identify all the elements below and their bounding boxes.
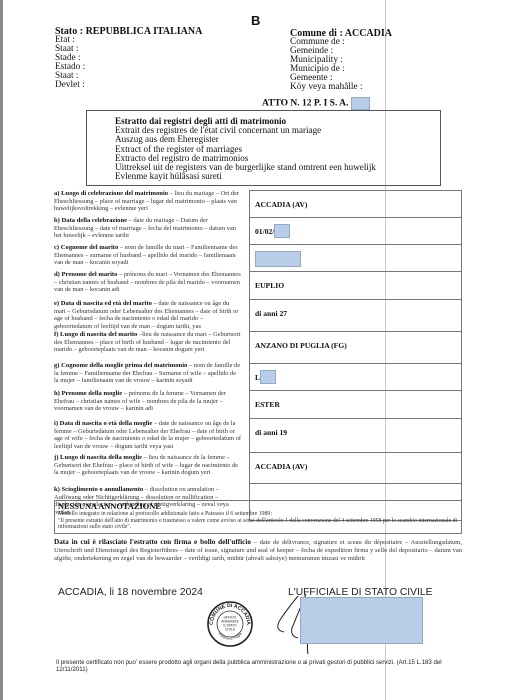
field-label: c) Cognome del marito – nom de famille d… [54,244,242,267]
annotation-title: NESSUNA ANNOTAZIONE [58,502,458,511]
form-letter: B [251,13,260,28]
field-value: ANZANO DI PUGLIA (FG) [250,332,461,364]
state-line: Stato : REPUBBLICA ITALIANA [55,27,202,36]
field-label: i) Data di nascita o età della moglie – … [54,420,242,450]
annotation-line-2: "Il presente estratto dell'atto di matri… [58,518,458,531]
field-label: j) Luogo di nascita della moglie – lieu … [54,454,242,477]
svg-text:CIVILE: CIVILE [225,628,235,632]
field-label: b) Data della celebrazione – date du mar… [54,217,242,240]
page-edge [0,0,3,700]
document-title-translation: Evlenme kayit hülâsasi sureti [115,172,440,181]
municipality-label-translation: Köy veya mahâlle : [290,83,392,92]
municipality-block: Comune di : ACCADIA Commune de :Gemeinde… [290,29,392,92]
field-value: L [250,364,461,391]
state-value: REPUBBLICA ITALIANA [86,26,203,37]
field-label: g) Cognome della moglie prima del matrim… [54,362,242,385]
annotation-box: NESSUNA ANNOTAZIONE Modello integrato in… [54,500,462,534]
svg-text:Provincia di Foggia: Provincia di Foggia [217,632,242,641]
state-label-translation: Devlet : [55,81,202,90]
redaction-box [255,251,301,267]
field-value: ACCADIA (AV) [250,191,461,218]
municipal-stamp: COMUNE DI ACCADIA Provincia di Foggia UF… [206,600,254,648]
field-value: ACCADIA (AV) [250,453,461,484]
redaction-box [351,97,370,110]
field-value: EUPLIO [250,272,461,300]
document-title-box: Estratto dai registri degli atti di matr… [86,110,441,186]
field-label: h) Prenome della moglie – prénoms de la … [54,390,242,413]
municipality-value: ACCADIA [345,28,392,39]
field-label: e) Data di nascita ed età del marito – d… [54,300,242,330]
field-value: di anni 27 [250,300,461,332]
field-value: 01/02/ [250,218,461,245]
field-label: f) Luogo di nascita del marito –lieu de … [54,331,242,354]
field-label: d) Prenome del marito – prénoms du mari … [54,271,242,294]
state-block: Stato : REPUBBLICA ITALIANA Etat :Staat … [55,27,202,90]
field-values-table: ACCADIA (AV)01/02/EUPLIOdi anni 27ANZANO… [249,190,462,521]
act-number: ATTO N. 12 P. I S. A. [262,97,370,110]
field-value [250,245,461,272]
field-value: di anni 19 [250,419,461,453]
field-value: ESTER [250,391,461,419]
issue-statement: Data in cui è rilasciato l'estratto con … [54,538,462,563]
redaction-box [274,224,290,238]
footer-legal-note: Il presente certificato non puo' essere … [56,659,466,673]
signature-redaction [300,597,423,644]
field-label: a) Luogo di celebrazione del matrimonio … [54,190,242,213]
place-date: ACCADIA, li 18 novembre 2024 [58,587,203,598]
redaction-box [260,370,276,384]
